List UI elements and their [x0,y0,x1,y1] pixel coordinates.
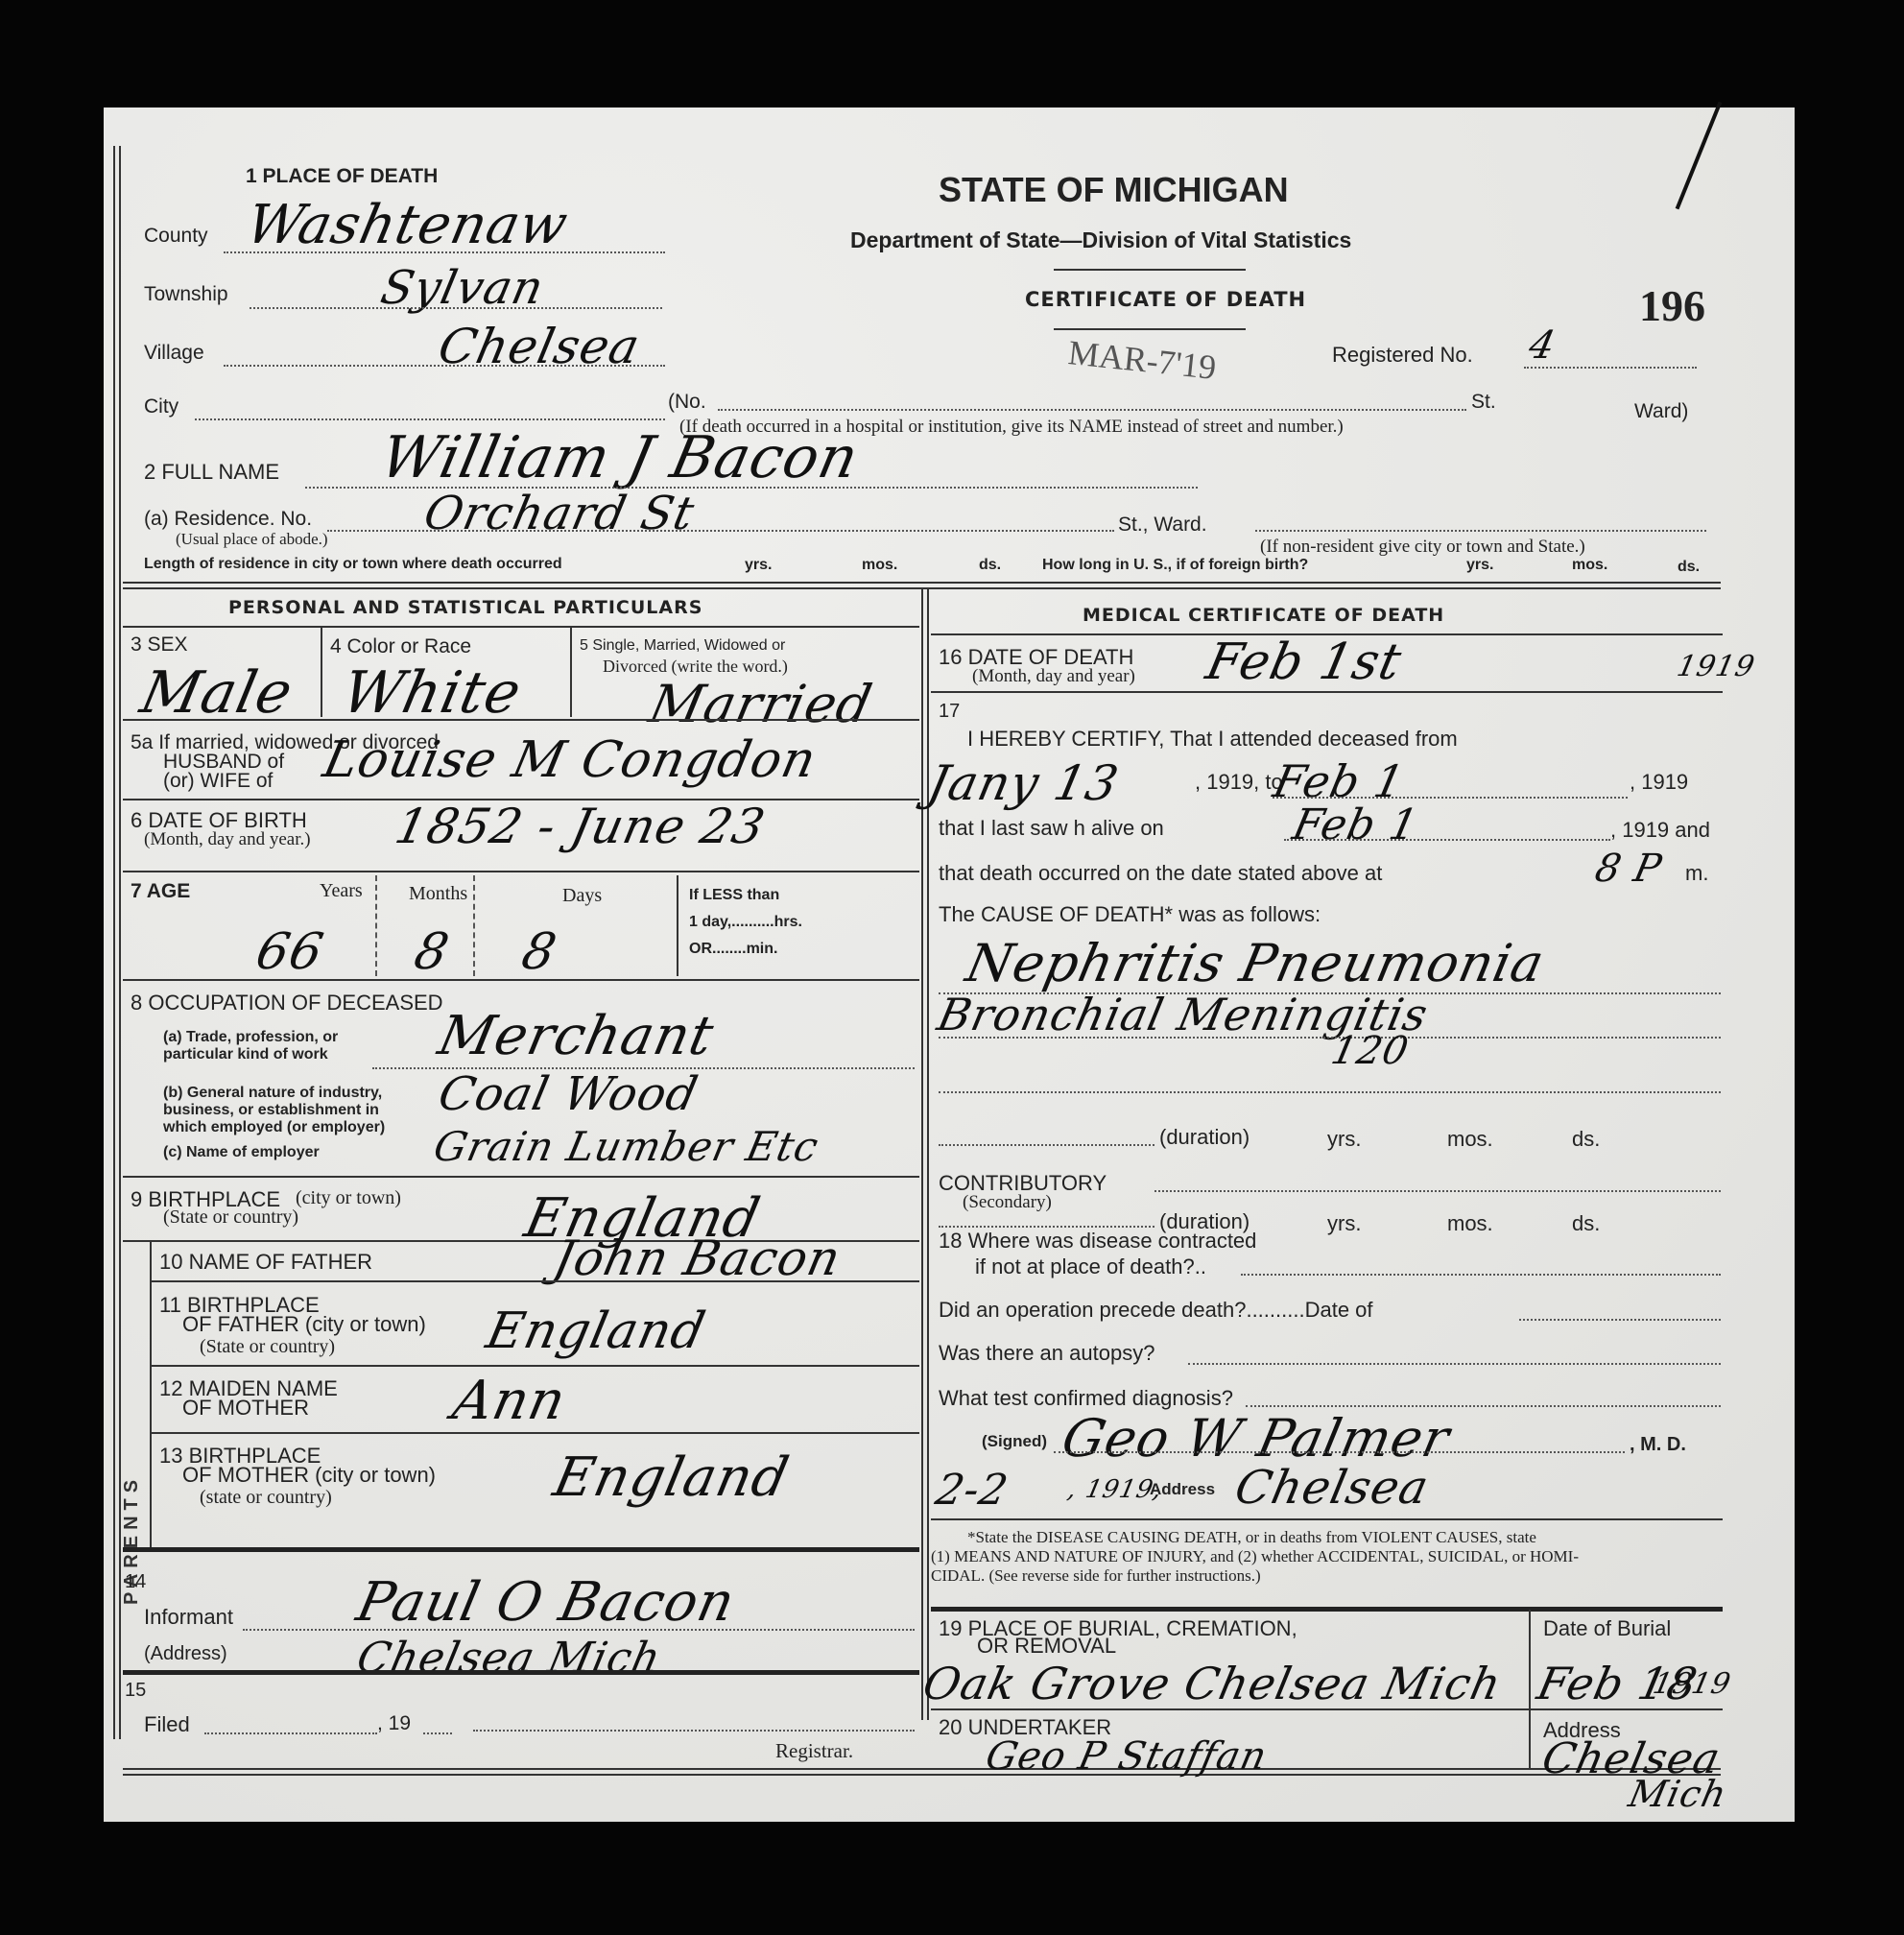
contributory-sublabel: (Secondary) [963,1192,1052,1213]
sex-label: 3 SEX [131,633,188,657]
registered-no-label: Registered No. [1332,343,1473,368]
dob-value[interactable]: 1852 - June 23 [391,799,771,854]
death-time-value[interactable]: 8 P [1591,847,1666,891]
occ-b-label-3: which employed (or employer) [163,1119,385,1136]
autopsy-label: Was there an autopsy? [939,1341,1154,1366]
date-of-death-sublabel: (Month, day and year) [972,666,1135,687]
personal-section-title: PERSONAL AND STATISTICAL PARTICULARS [228,597,702,618]
county-label: County [144,225,208,248]
duration-yrs: yrs. [1327,1127,1361,1152]
received-stamp: MAR-7'19 [1066,332,1218,388]
marital-label: 5 Single, Married, Widowed or [580,637,785,655]
age-days-label: Days [562,885,602,907]
yrs-label: yrs. [745,557,772,574]
mos-label: mos. [862,557,897,574]
column-divider [921,587,929,1720]
occupation-trade-value[interactable]: Merchant [433,1005,719,1067]
signature-date[interactable]: 2-2 [932,1466,1013,1515]
burial-place-label-2: OR REMOVAL [977,1634,1116,1659]
mother-birthplace-label-2: OF MOTHER (city or town) [182,1463,436,1488]
ds-label: ds. [1678,559,1700,576]
mother-name-value[interactable]: Ann [447,1370,571,1432]
footnote-line-3: CIDAL. (See reverse side for further ins… [931,1566,1261,1586]
father-name-value[interactable]: John Bacon [549,1230,846,1286]
undertaker-value[interactable]: Geo P Staffan [982,1734,1271,1779]
age-months-value[interactable]: 8 [410,923,455,981]
city-label: City [144,395,178,418]
undertaker-address-state[interactable]: Mich [1625,1773,1730,1815]
duration-yrs: yrs. [1327,1211,1361,1236]
burial-place-value[interactable]: Oak Grove Chelsea Mich [918,1658,1506,1709]
occ-c-label: (c) Name of employer [163,1144,320,1161]
occ-b-label: (b) General nature of industry, [163,1085,382,1102]
ward-label: Ward) [1634,400,1688,423]
mother-name-label-2: OF MOTHER [182,1396,309,1421]
race-value[interactable]: White [337,659,528,727]
mother-birthplace-sublabel: (state or country) [200,1487,332,1509]
residence-sublabel: (Usual place of abode.) [176,530,328,549]
disease-contracted-label: 18 Where was disease contracted [939,1229,1256,1254]
cause-of-death-line-1[interactable]: Nephritis Pneumonia [961,933,1550,993]
birthplace-city-label: (city or town) [296,1187,401,1209]
duration-ds: ds. [1572,1127,1600,1152]
duration-mos: mos. [1447,1211,1493,1236]
file-number: 196 [1639,280,1705,331]
cause-note: 120 [1327,1029,1413,1073]
informant-number: 14 [125,1571,146,1593]
place-of-death-heading: 1 PLACE OF DEATH [246,165,438,188]
attended-from-date[interactable]: Jany 13 [923,755,1124,811]
certificate-document: 1 PLACE OF DEATH STATE OF MICHIGAN Depar… [104,107,1795,1822]
state-title: STATE OF MICHIGAN [939,170,1289,210]
medical-section-title: MEDICAL CERTIFICATE OF DEATH [1083,605,1444,626]
title-rule [1054,328,1246,330]
burial-date-year[interactable]: 1919 [1650,1667,1734,1701]
title-rule [1054,269,1246,271]
foreign-birth-label: How long in U. S., if of foreign birth? [1042,557,1308,574]
village-label: Village [144,342,204,365]
informant-address-label: (Address) [144,1643,227,1665]
cause-of-death-label: The CAUSE OF DEATH* was as follows: [939,902,1321,927]
occ-b-label-2: business, or establishment in [163,1102,379,1119]
disease-contracted-label-2: if not at place of death?.. [975,1254,1206,1279]
department-subtitle: Department of State—Division of Vital St… [850,227,1351,253]
registrar-label: Registrar. [775,1739,853,1763]
signed-label: (Signed) [982,1432,1047,1451]
nonresident-note: (If non-resident give city or town and S… [1260,537,1585,558]
father-birthplace-label-2: OF FATHER (city or town) [182,1312,426,1337]
informant-label: Informant [144,1605,233,1630]
age-days-value[interactable]: 8 [517,923,562,981]
length-residence-label: Length of residence in city or town wher… [144,556,562,573]
age-label: 7 AGE [131,880,190,903]
death-time-label: that death occurred on the date stated a… [939,861,1382,886]
corner-mark [1676,102,1723,210]
father-birthplace-value[interactable]: England [482,1302,711,1360]
dob-sublabel: (Month, day and year.) [144,829,311,850]
certify-statement: I HEREBY CERTIFY, That I attended deceas… [967,727,1458,752]
employer-value[interactable]: Grain Lumber Etc [430,1123,823,1170]
age-less-label: If LESS than [689,887,779,904]
filed-year: , 19 [377,1712,411,1735]
date-of-death-year[interactable]: 1919 [1674,650,1758,683]
marital-value[interactable]: Married [644,674,877,734]
full-name-label: 2 FULL NAME [144,460,279,485]
father-name-label: 10 NAME OF FATHER [159,1250,372,1275]
md-label: , M. D. [1630,1434,1686,1456]
physician-address-value[interactable]: Chelsea [1230,1461,1434,1515]
certificate-title: CERTIFICATE OF DEATH [1025,288,1306,311]
occ-a-label: (a) Trade, profession, or [163,1029,338,1046]
informant-value[interactable]: Paul O Bacon [351,1571,741,1634]
age-min-label: OR........min. [689,941,777,958]
informant-address-value[interactable]: Chelsea Mich [353,1634,666,1683]
attended-to-date[interactable]: Feb 1 [1269,755,1409,807]
ds-label: ds. [979,557,1001,574]
filed-label: Filed [144,1712,190,1737]
duration-mos: mos. [1447,1127,1493,1152]
mos-label: mos. [1572,557,1607,574]
age-years-label: Years [320,880,363,902]
attended-to-year: , 1919 [1630,770,1688,795]
residence-value[interactable]: Orchard St [419,487,700,540]
spouse-value[interactable]: Louise M Congdon [319,731,821,789]
street-no-label: (No. [668,391,706,414]
attended-from-year: , 1919, to [1195,770,1283,795]
physician-signature[interactable]: Geo W Palmer [1057,1408,1455,1469]
spouse-wife-label: (or) WIFE of [163,770,273,793]
age-hours-label: 1 day,..........hrs. [689,914,802,931]
left-border [113,146,121,1739]
footnote-line-1: *State the DISEASE CAUSING DEATH, or in … [967,1528,1536,1547]
duration-ds: ds. [1572,1211,1600,1236]
full-name-value[interactable]: William J Bacon [375,424,865,491]
sex-value[interactable]: Male [135,659,299,727]
occ-a-label-2: particular kind of work [163,1046,328,1063]
duration-label: (duration) [1159,1125,1249,1150]
father-birthplace-sublabel: (State or country) [200,1336,335,1358]
occupation-industry-value[interactable]: Coal Wood [434,1067,702,1121]
operation-label: Did an operation precede death?.........… [939,1298,1373,1323]
filed-number: 15 [125,1680,146,1702]
county-value[interactable]: Washtenaw [241,194,574,256]
item-17-number: 17 [939,701,960,723]
death-time-suffix: m. [1685,861,1708,886]
burial-date-label: Date of Burial [1543,1616,1671,1641]
age-years-value[interactable]: 66 [251,923,329,981]
st-ward-label: St., Ward. [1118,514,1207,537]
footnote-line-2: (1) MEANS AND NATURE OF INJURY, and (2) … [931,1547,1579,1566]
date-of-death-value[interactable]: Feb 1st [1202,633,1407,691]
birthplace-sublabel: (State or country) [163,1206,298,1229]
age-months-label: Months [409,883,467,905]
last-saw-label: that I last saw h alive on [939,816,1164,841]
occupation-label: 8 OCCUPATION OF DECEASED [131,991,443,1015]
registered-no-value: 4 [1525,323,1559,368]
race-label: 4 Color or Race [330,635,471,658]
physician-address-label: Address [1150,1480,1215,1499]
last-saw-year: , 1919 and [1610,818,1710,843]
township-label: Township [144,283,228,306]
yrs-label: yrs. [1466,557,1493,574]
residence-label: (a) Residence. No. [144,508,312,531]
street-label: St. [1471,391,1496,414]
last-saw-date[interactable]: Feb 1 [1289,800,1423,849]
mother-birthplace-value[interactable]: England [548,1446,795,1509]
